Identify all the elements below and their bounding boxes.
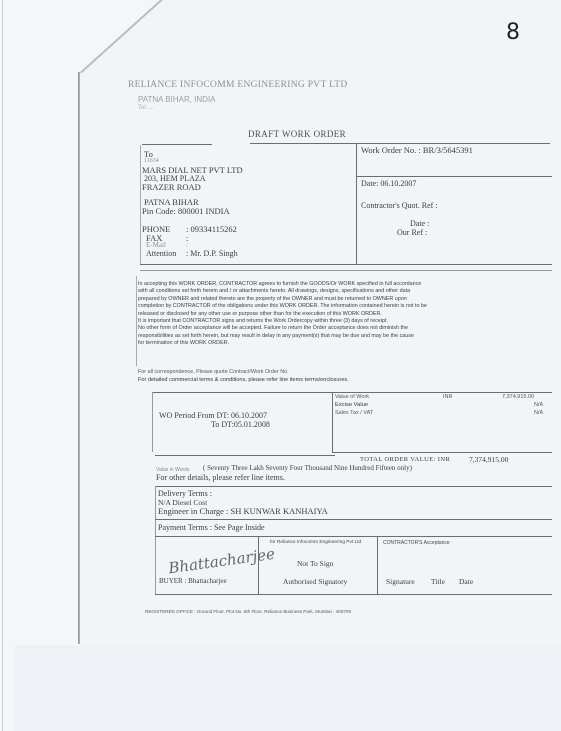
title-label: Title bbox=[431, 577, 445, 586]
delivery-terms-label: Delivery Terms : bbox=[158, 489, 212, 498]
divider bbox=[250, 143, 550, 144]
order-date: Date: 06.10.2007 bbox=[361, 179, 416, 188]
currency-label: INR bbox=[443, 394, 452, 400]
sales-tax-label: Sales Tax / VAT bbox=[335, 410, 373, 416]
signature-label: Signature bbox=[386, 577, 415, 586]
correspondence-note: For all correspondence, Please quote Con… bbox=[138, 369, 289, 375]
terms-line: No other form of Order acceptance will b… bbox=[138, 325, 556, 332]
engineer-in-charge: Engineer in Charge : SH KUNWAR KANHAIYA bbox=[158, 506, 328, 516]
divider bbox=[152, 392, 153, 452]
our-ref: Our Ref : bbox=[397, 228, 427, 237]
company-city: PATNA BIHAR, INDIA bbox=[138, 95, 216, 104]
authorised-signatory: Authorised Signatory bbox=[283, 577, 347, 586]
email-value: : bbox=[186, 241, 188, 249]
sales-tax-value: N/A bbox=[534, 410, 543, 416]
divider bbox=[155, 519, 552, 520]
divider bbox=[332, 392, 333, 452]
work-order-number: Work Order No. : BR/3/5645391 bbox=[361, 145, 473, 155]
scan-left-edge bbox=[2, 0, 3, 731]
divider bbox=[140, 264, 552, 265]
terms-line: prepared by OWNER and related thereto ar… bbox=[138, 296, 556, 303]
vendor-code: 11634 bbox=[144, 158, 159, 164]
excise-label: Excise Value bbox=[335, 402, 368, 408]
value-of-work: 7,374,915.00 bbox=[502, 394, 534, 400]
divider bbox=[140, 270, 552, 271]
for-company-label: for Reliance Infocomm Engineering Pvt Lt… bbox=[270, 540, 361, 545]
vendor-email: E-Mail : bbox=[146, 241, 188, 249]
wo-period-from: WO Period From DT: 06.10.2007 bbox=[159, 411, 267, 420]
terms-line: released or disclosed for any other use … bbox=[138, 311, 556, 318]
not-to-sign: Not To Sign bbox=[297, 559, 333, 568]
divider bbox=[332, 452, 552, 453]
divider bbox=[140, 145, 141, 265]
buyer-name: BUYER : Bhattacharjee bbox=[159, 577, 227, 585]
document-title: DRAFT WORK ORDER bbox=[248, 129, 346, 139]
registered-office-footer: REGISTERED OFFICE : Ground Floor, Plot N… bbox=[145, 609, 351, 614]
total-in-words: ( Seventy Three Lakh Seventy Four Thousa… bbox=[203, 464, 412, 472]
value-of-work-label: Value of Work bbox=[335, 394, 369, 400]
divider bbox=[155, 455, 335, 456]
contractor-quot-ref: Contractor's Quot. Ref : bbox=[361, 201, 438, 210]
divider bbox=[142, 144, 212, 145]
terms-line: responsibilities as set forth herein, bu… bbox=[138, 333, 556, 340]
divider bbox=[155, 486, 552, 487]
terms-line: It is important that CONTRACTOR signs an… bbox=[138, 318, 556, 325]
date-label: Date bbox=[459, 577, 473, 586]
handwritten-page-number: 8 bbox=[506, 20, 520, 45]
terms-line: with all conditions set forth herein and… bbox=[138, 288, 556, 295]
divider bbox=[155, 594, 552, 595]
divider bbox=[152, 392, 552, 393]
payment-terms: Payment Terms : See Page Inside bbox=[158, 523, 265, 532]
email-label: E-Mail bbox=[146, 241, 186, 249]
vendor-attention: Attention : Mr. D.P. Singh bbox=[146, 249, 238, 258]
commercial-note: For detailed commercial terms & conditio… bbox=[138, 377, 349, 383]
wo-period-to: To DT:05.01.2008 bbox=[211, 420, 270, 429]
total-order-value-label: TOTAL ORDER VALUE: INR bbox=[360, 456, 450, 463]
other-details-note: For other details, please refer line ite… bbox=[156, 473, 285, 482]
terms-line: completion by CONTRACTOR of the obligati… bbox=[138, 303, 556, 310]
terms-paragraph: In accepting this WORK ORDER, CONTRACTOR… bbox=[138, 281, 556, 348]
excise-value: N/A bbox=[534, 402, 543, 408]
divider bbox=[356, 176, 552, 177]
vendor-pin: Pin Code: 800001 INDIA bbox=[142, 206, 230, 216]
divider bbox=[258, 536, 259, 594]
company-name: RELIANCE INFOCOMM ENGINEERING PVT LTD bbox=[128, 80, 348, 90]
vendor-address-2: FRAZER ROAD bbox=[142, 182, 201, 192]
phone-value: : 09334115262 bbox=[186, 224, 237, 234]
quot-date: Date : bbox=[410, 219, 429, 228]
divider bbox=[356, 143, 357, 265]
total-order-value: 7,374,915.00 bbox=[469, 455, 508, 464]
divider bbox=[155, 486, 156, 594]
company-tel: Tel: ... bbox=[138, 105, 154, 111]
terms-line: for termination of this WORK ORDER. bbox=[138, 340, 556, 347]
contractor-acceptance-label: CONTRACTOR'S Acceptance bbox=[383, 540, 450, 546]
divider bbox=[377, 536, 378, 594]
divider bbox=[155, 536, 552, 537]
divider bbox=[136, 276, 137, 366]
attention-value: : Mr. D.P. Singh bbox=[186, 249, 238, 258]
terms-line: In accepting this WORK ORDER, CONTRACTOR… bbox=[138, 281, 556, 288]
attention-label: Attention bbox=[146, 249, 186, 258]
scan-background bbox=[14, 645, 561, 731]
